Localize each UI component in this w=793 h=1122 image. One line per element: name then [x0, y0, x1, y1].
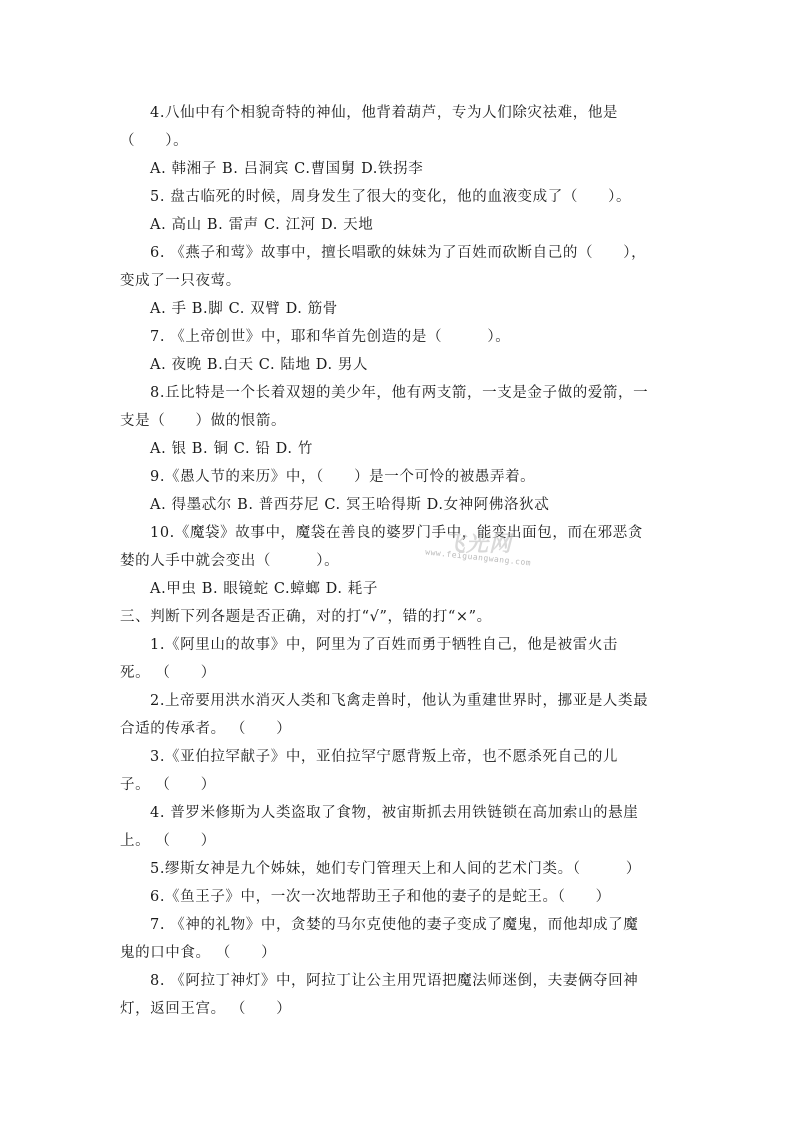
question-4-stem-cont: （ ）。 — [120, 127, 188, 155]
question-10-options: A.甲虫 B. 眼镜蛇 C.蟑螂 D. 耗子 — [150, 575, 378, 603]
question-8-options: A. 银 B. 铜 C. 铅 D. 竹 — [150, 435, 313, 463]
question-7-stem: 7. 《上帝创世》中，耶和华首先创造的是（ ）。 — [150, 323, 510, 351]
tf-item-5: 5.缪斯女神是九个姊妹，她们专门管理天上和人间的艺术门类。（ ） — [150, 855, 641, 883]
tf-item-1-cont: 死。 （ ） — [120, 659, 216, 687]
tf-item-1: 1.《阿里山的故事》中，阿里为了百姓而勇于牺牲自己，他是被雷火击 — [150, 631, 618, 659]
tf-item-3-cont: 子。 （ ） — [120, 771, 216, 799]
question-5-options: A. 高山 B. 雷声 C. 江河 D. 天地 — [150, 211, 373, 239]
question-8-stem-cont: 支是（ ）做的恨箭。 — [120, 407, 286, 435]
tf-item-7-cont: 鬼的口中食。 （ ） — [120, 939, 276, 967]
question-7-options: A. 夜晚 B.白天 C. 陆地 D. 男人 — [150, 351, 368, 379]
question-6-stem: 6. 《燕子和莺》故事中，擅长唱歌的妹妹为了百姓而砍断自己的（ ）， — [150, 239, 646, 267]
watermark-url: www.feiguangwang.com — [425, 547, 532, 567]
question-8-stem: 8.丘比特是一个长着双翅的美少年，他有两支箭，一支是金子做的爱箭，一 — [150, 379, 648, 407]
tf-item-2: 2.上帝要用洪水消灭人类和飞禽走兽时，他认为重建世界时，挪亚是人类最 — [150, 687, 648, 715]
tf-item-3: 3.《亚伯拉罕献子》中，亚伯拉罕宁愿背叛上帝，也不愿杀死自己的儿 — [150, 743, 618, 771]
question-10-stem: 10.《魔袋》故事中，魔袋在善良的婆罗门手中，能变出面包，而在邪恶贪 — [150, 519, 643, 547]
tf-item-6: 6.《鱼王子》中，一次一次地帮助王子和他的妻子的是蛇王。（ ） — [150, 883, 611, 911]
question-6-stem-cont: 变成了一只夜莺。 — [120, 267, 241, 295]
tf-item-8-cont: 灯，返回王宫。 （ ） — [120, 995, 291, 1023]
tf-item-4: 4. 普罗米修斯为人类盗取了食物，被宙斯抓去用铁链锁在高加索山的悬崖 — [150, 799, 638, 827]
tf-item-8: 8. 《阿拉丁神灯》中，阿拉丁让公主用咒语把魔法师迷倒，夫妻俩夺回神 — [150, 967, 638, 995]
tf-item-2-cont: 合适的传承者。 （ ） — [120, 715, 291, 743]
question-9-stem: 9.《愚人节的来历》中，（ ）是一个可怜的被愚弄着。 — [150, 463, 535, 491]
question-10-stem-cont: 婪的人手中就会变出（ ）。 — [120, 547, 339, 575]
tf-item-4-cont: 上。 （ ） — [120, 827, 216, 855]
section-3-heading: 三、判断下列各题是否正确，对的打“√”，错的打“×”。 — [120, 603, 492, 631]
question-9-options: A. 得墨忒尔 B. 普西芬尼 C. 冥王哈得斯 D.女神阿佛洛狄忒 — [150, 491, 549, 519]
question-4-stem: 4.八仙中有个相貌奇特的神仙，他背着葫芦，专为人们除灾祛难，他是 — [150, 99, 618, 127]
question-6-options: A. 手 B.脚 C. 双臂 D. 筋骨 — [150, 295, 338, 323]
question-5-stem: 5. 盘古临死的时候，周身发生了很大的变化，他的血液变成了（ ）。 — [150, 183, 631, 211]
exam-page: 4.八仙中有个相貌奇特的神仙，他背着葫芦，专为人们除灾祛难，他是 （ ）。 A.… — [0, 0, 793, 1122]
tf-item-7: 7. 《神的礼物》中，贪婪的马尔克使他的妻子变成了魔鬼，而他却成了魔 — [150, 911, 638, 939]
question-4-options: A. 韩湘子 B. 吕洞宾 C.曹国舅 D.铁拐李 — [150, 155, 423, 183]
